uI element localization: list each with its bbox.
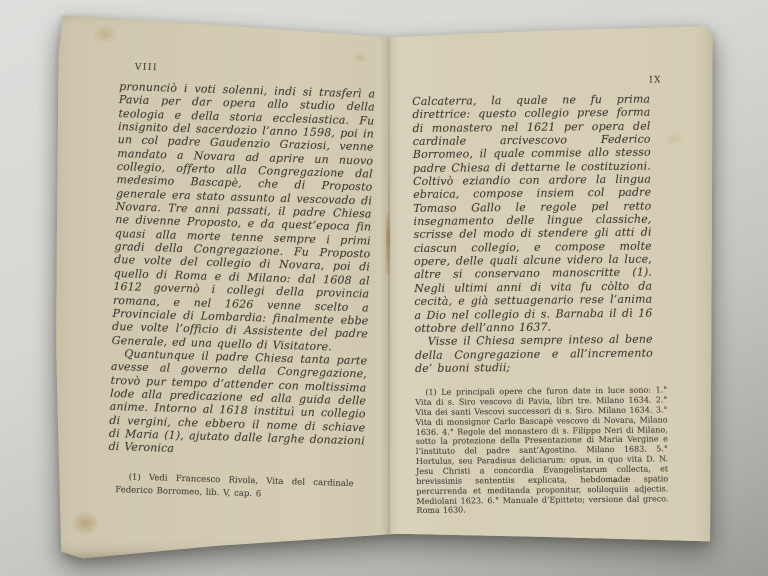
right-page-paragraph-1: Calcaterra, la quale ne fu prima direttr… (412, 93, 653, 336)
gutter-stain (386, 212, 390, 274)
foxing-stain (664, 132, 684, 146)
foxing-stain (352, 52, 368, 64)
gutter-crease (388, 23, 390, 549)
right-page-text-block: IX Calcaterra, la quale ne fu prima dire… (412, 75, 669, 516)
left-page-paragraph-1: pronunciò i voti solenni, indi si trasfe… (112, 80, 376, 354)
right-page-paragraph-2: Visse il Chiesa sempre inteso al bene de… (415, 333, 653, 376)
left-page-paragraph-2: Quantunque il padre Chiesa tanta parte a… (108, 347, 367, 461)
page-stack-edge (52, 12, 61, 560)
photo-background: VIII pronunciò i voti solenni, indi si t… (0, 0, 768, 576)
open-book: VIII pronunciò i voti solenni, indi si t… (0, 0, 768, 576)
foxing-stain (70, 510, 100, 536)
book-page-spread: VIII pronunciò i voti solenni, indi si t… (52, 12, 714, 560)
right-page-footnote: (1) Le principali opere che furon date i… (415, 386, 668, 517)
left-page-text-block: VIII pronunciò i voti solenni, indi si t… (107, 62, 376, 504)
foxing-stain (92, 24, 118, 44)
right-page-number: IX (412, 75, 662, 89)
